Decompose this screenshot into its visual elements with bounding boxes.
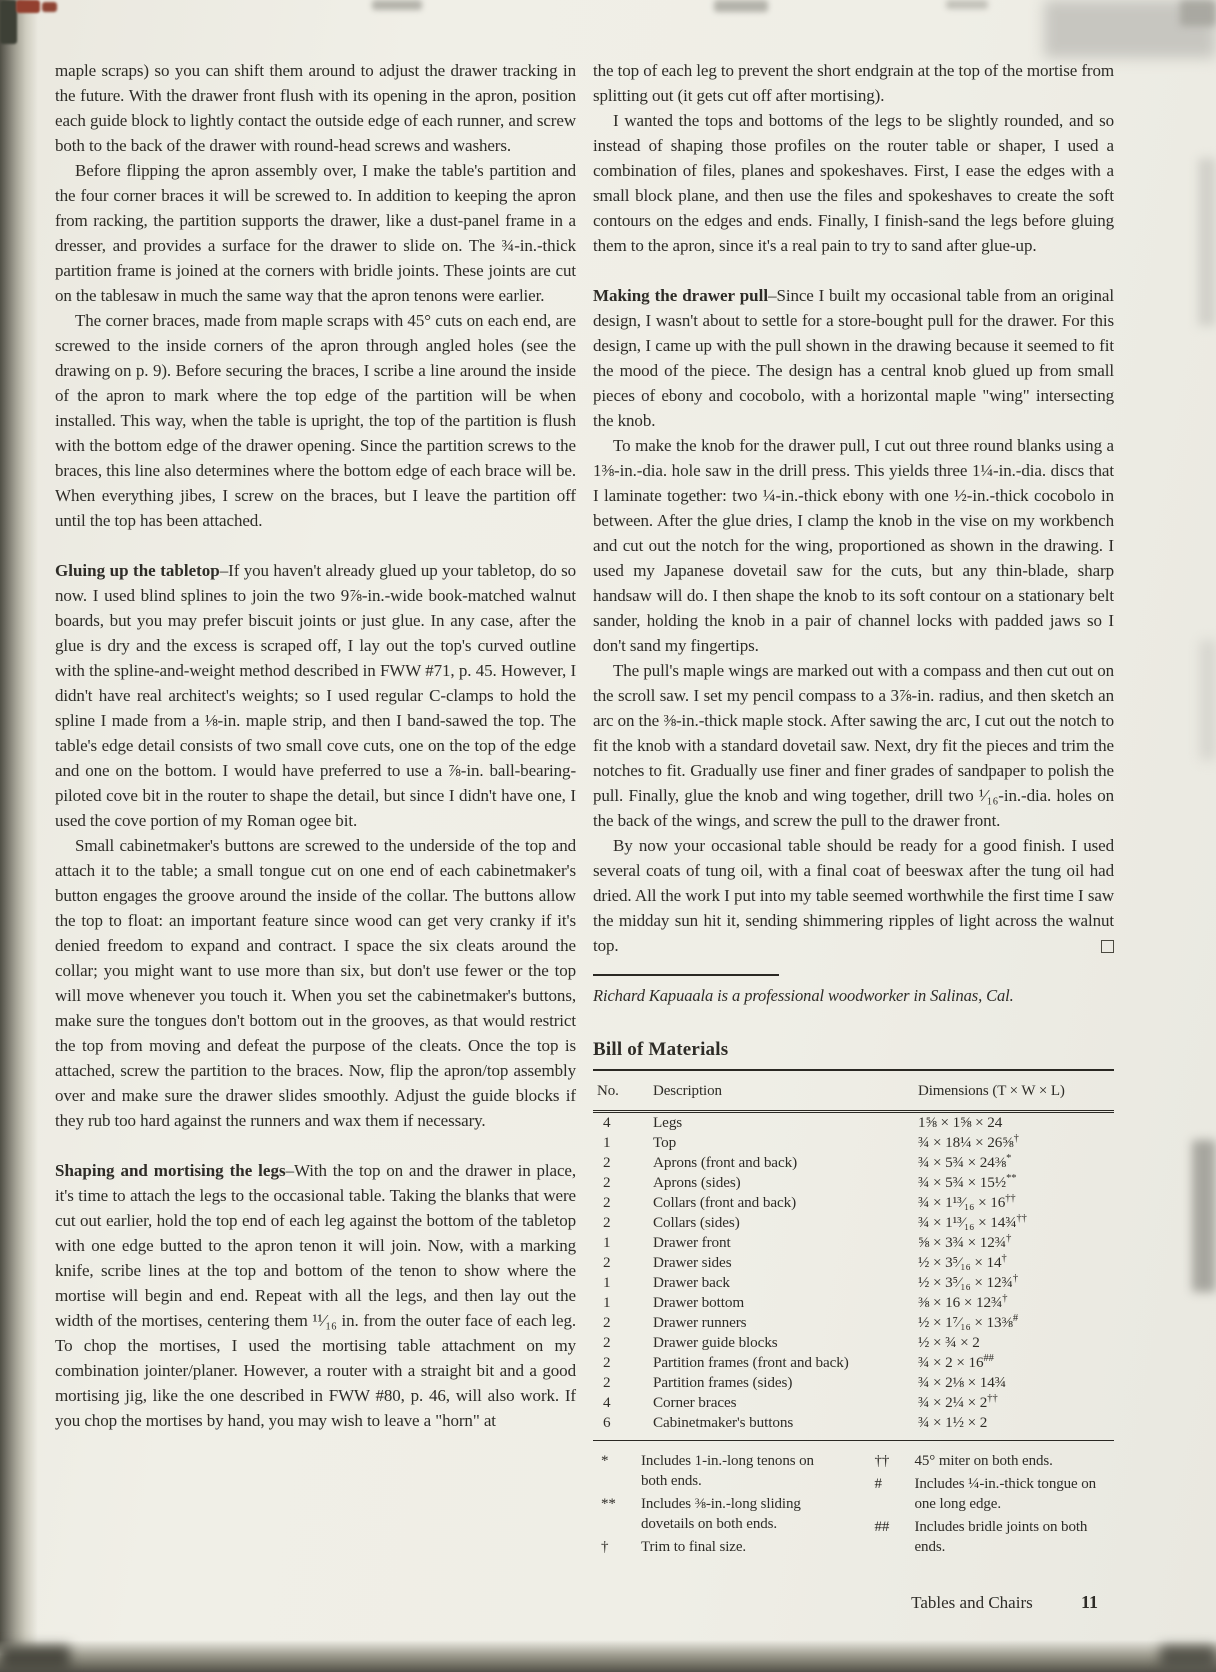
bom-footnote-mark: †	[1002, 1293, 1007, 1304]
footnote-symbol: **	[593, 1494, 641, 1534]
section-heading: Gluing up the tabletop	[55, 561, 220, 580]
bom-quantity: 2	[593, 1153, 653, 1173]
section-heading: Making the drawer pull	[593, 286, 768, 305]
page-footer: Tables and Chairs 11	[911, 1592, 1098, 1613]
bom-footnote-mark: ††	[1005, 1193, 1015, 1204]
footnote: † Trim to final size.	[593, 1537, 841, 1557]
bom-dimension-value: ½ × 3⁵⁄₁₆ × 14	[918, 1254, 1002, 1271]
paragraph-text: maple scraps) so you can shift them arou…	[55, 61, 576, 155]
bom-footnotes-right: †† 45° miter on both ends. # Includes ¼-…	[867, 1451, 1115, 1560]
bom-description: Drawer guide blocks	[653, 1333, 918, 1353]
paragraph-text: the top of each leg to prevent the short…	[593, 61, 1114, 105]
end-of-article-icon	[1101, 940, 1114, 953]
footnote-text: 45° miter on both ends.	[915, 1451, 1115, 1471]
bom-dimensions: ½ × ¾ × 2	[918, 1333, 1114, 1353]
bom-description: Aprons (sides)	[653, 1173, 918, 1193]
left-column: maple scraps) so you can shift them arou…	[55, 58, 576, 1433]
bom-header-row: No. Description Dimensions (T × W × L)	[593, 1071, 1114, 1112]
footnote: * Includes 1-in.-long tenons on both end…	[593, 1451, 841, 1491]
bom-quantity: 4	[593, 1393, 653, 1413]
bom-description: Partition frames (sides)	[653, 1373, 918, 1393]
paragraph: The corner braces, made from maple scrap…	[55, 308, 576, 533]
right-column-paragraphs: the top of each leg to prevent the short…	[593, 58, 1114, 958]
bom-description: Drawer bottom	[653, 1293, 918, 1313]
scan-smudge-right-5	[1192, 1140, 1216, 1292]
page-curl-shadow	[0, 1640, 1216, 1672]
bom-dimension-value: ½ × ¾ × 2	[918, 1334, 980, 1351]
paragraph: To make the knob for the drawer pull, I …	[593, 433, 1114, 658]
bom-dimensions: ¾ × 5¾ × 24⅜*	[918, 1153, 1114, 1173]
bom-dimensions: ⅝ × 3¾ × 12¾†	[918, 1233, 1114, 1253]
bom-footnote-mark: *	[1006, 1153, 1011, 1164]
bom-footnotes: * Includes 1-in.-long tenons on both end…	[593, 1451, 1114, 1560]
scan-smudge-right-1	[1044, 0, 1216, 58]
spine-shadow	[0, 0, 38, 1672]
section-heading: Shaping and mortising the legs	[55, 1161, 286, 1180]
right-column: the top of each leg to prevent the short…	[593, 58, 1114, 1560]
paragraph-text: Before flipping the apron assembly over,…	[55, 161, 576, 305]
footnote-symbol: #	[867, 1474, 915, 1514]
paragraph: By now your occasional table should be r…	[593, 833, 1114, 958]
bom-row: 1 Top ¾ × 18¼ × 26⅝†	[593, 1133, 1114, 1153]
bom-description: Partition frames (front and back)	[653, 1353, 918, 1373]
paragraph-text: Small cabinetmaker's buttons are screwed…	[55, 836, 576, 1130]
bom-description: Drawer sides	[653, 1253, 918, 1273]
bom-footnote-mark: ††	[987, 1393, 997, 1404]
bom-quantity: 2	[593, 1193, 653, 1213]
paragraph: The pull's maple wings are marked out wi…	[593, 658, 1114, 833]
bom-description: Top	[653, 1133, 918, 1153]
scan-mark-bottom-right	[1160, 1646, 1216, 1672]
bom-row: 2 Partition frames (sides) ¾ × 2⅛ × 14¾	[593, 1373, 1114, 1393]
footnote: ## Includes bridle joints on both ends.	[867, 1517, 1115, 1557]
bom-dimension-value: ¾ × 1¹³⁄₁₆ × 16	[918, 1194, 1005, 1211]
bom-row: 1 Drawer front ⅝ × 3¾ × 12¾†	[593, 1233, 1114, 1253]
paragraph-text: To make the knob for the drawer pull, I …	[593, 436, 1114, 655]
magazine-page: maple scraps) so you can shift them arou…	[0, 0, 1216, 1672]
footnote: †† 45° miter on both ends.	[867, 1451, 1115, 1471]
bom-dimension-value: ¾ × 5¾ × 15½	[918, 1174, 1006, 1191]
bom-dimensions: ½ × 3⁵⁄₁₆ × 14†	[918, 1253, 1114, 1273]
footnote-text: Includes 1-in.-long tenons on both ends.	[641, 1451, 841, 1491]
bom-quantity: 1	[593, 1233, 653, 1253]
paragraph: Before flipping the apron assembly over,…	[55, 158, 576, 308]
bom-quantity: 1	[593, 1293, 653, 1313]
bom-row: 2 Collars (sides) ¾ × 1¹³⁄₁₆ × 14¾††	[593, 1213, 1114, 1233]
bom-dimension-value: ¾ × 18¼ × 26⅝	[918, 1134, 1014, 1151]
bom-row: 4 Legs 1⅝ × 1⅝ × 24	[593, 1112, 1114, 1134]
bom-footnote-mark: ††	[1017, 1213, 1027, 1224]
bom-dimensions: ¾ × 2 × 16##	[918, 1353, 1114, 1373]
bom-dimension-value: ½ × 1⁷⁄₁₆ × 13⅜	[918, 1314, 1013, 1331]
paragraph: Shaping and mortising the legs–With the …	[55, 1158, 576, 1433]
bom-footnote-mark: †	[1006, 1233, 1011, 1244]
paragraph: Making the drawer pull–Since I built my …	[593, 283, 1114, 433]
footer-page-number: 11	[1081, 1592, 1098, 1612]
bom-footnote-mark: †	[1002, 1253, 1007, 1264]
paragraph-text: By now your occasional table should be r…	[593, 836, 1114, 955]
bom-quantity: 2	[593, 1313, 653, 1333]
paragraph: maple scraps) so you can shift them arou…	[55, 58, 576, 158]
bom-footnote-mark: #	[1013, 1313, 1018, 1324]
paragraph-text: –With the top on and the drawer in place…	[55, 1161, 576, 1430]
bom-row: 2 Drawer sides ½ × 3⁵⁄₁₆ × 14†	[593, 1253, 1114, 1273]
bom-quantity: 2	[593, 1173, 653, 1193]
footnote-symbol: ##	[867, 1517, 915, 1557]
bom-dimension-value: ¾ × 2 × 16	[918, 1354, 984, 1371]
bom-quantity: 2	[593, 1333, 653, 1353]
bom-footnotes-left: * Includes 1-in.-long tenons on both end…	[593, 1451, 841, 1560]
bom-quantity: 1	[593, 1273, 653, 1293]
bom-description: Collars (sides)	[653, 1213, 918, 1233]
bom-quantity: 2	[593, 1253, 653, 1273]
footnote-symbol: *	[593, 1451, 641, 1491]
bom-dimensions: 1⅝ × 1⅝ × 24	[918, 1112, 1114, 1134]
scan-smudge-top-2	[714, 0, 768, 12]
scan-smudge-top-1	[372, 0, 422, 10]
bom-row: 2 Drawer guide blocks ½ × ¾ × 2	[593, 1333, 1114, 1353]
paragraph-text: I wanted the tops and bottoms of the leg…	[593, 111, 1114, 255]
bom-dimension-value: ⅜ × 16 × 12¾	[918, 1294, 1002, 1311]
scan-smudge-top-3	[946, 0, 988, 9]
bom-dimension-value: ¾ × 1¹³⁄₁₆ × 14¾	[918, 1214, 1017, 1231]
paragraph: Gluing up the tabletop–If you haven't al…	[55, 558, 576, 833]
bom-row: 2 Aprons (front and back) ¾ × 5¾ × 24⅜*	[593, 1153, 1114, 1173]
scan-smudge-right-4	[1200, 640, 1216, 760]
bom-dimensions: ¾ × 2⅛ × 14¾	[918, 1373, 1114, 1393]
bom-dimensions: ½ × 1⁷⁄₁₆ × 13⅜#	[918, 1313, 1114, 1333]
bom-row: 6 Cabinetmaker's buttons ¾ × 1½ × 2	[593, 1413, 1114, 1441]
author-divider	[593, 974, 779, 976]
bill-of-materials: Bill of Materials No. Description Dimens…	[593, 1037, 1114, 1560]
paragraph: I wanted the tops and bottoms of the leg…	[593, 108, 1114, 258]
footnote-text: Includes ⅜-in.-long sliding dovetails on…	[641, 1494, 841, 1534]
bom-quantity: 4	[593, 1112, 653, 1134]
bom-dimension-value: ¾ × 2¼ × 2	[918, 1394, 987, 1411]
bom-description: Drawer front	[653, 1233, 918, 1253]
footnote: ** Includes ⅜-in.-long sliding dovetails…	[593, 1494, 841, 1534]
bom-description: Collars (front and back)	[653, 1193, 918, 1213]
bom-dimensions: ¾ × 1¹³⁄₁₆ × 16††	[918, 1193, 1114, 1213]
bom-dimensions: ¾ × 1½ × 2	[918, 1413, 1114, 1441]
bom-row: 2 Collars (front and back) ¾ × 1¹³⁄₁₆ × …	[593, 1193, 1114, 1213]
paragraph-text: The pull's maple wings are marked out wi…	[593, 661, 1114, 830]
scan-smudge-right-3	[1198, 158, 1216, 326]
bom-quantity: 2	[593, 1373, 653, 1393]
bom-footnote-mark: †	[1013, 1273, 1018, 1284]
paragraph: Small cabinetmaker's buttons are screwed…	[55, 833, 576, 1133]
scan-mark-dark-corner	[0, 0, 17, 44]
bom-dimensions: ¾ × 1¹³⁄₁₆ × 14¾††	[918, 1213, 1114, 1233]
bom-description: Drawer back	[653, 1273, 918, 1293]
bom-dimensions: ¾ × 18¼ × 26⅝†	[918, 1133, 1114, 1153]
bom-dimensions: ¾ × 5¾ × 15½**	[918, 1173, 1114, 1193]
author-bio: Richard Kapuaala is a professional woodw…	[593, 974, 1114, 1007]
paragraph-text: –Since I built my occasional table from …	[593, 286, 1114, 430]
bom-footnote-mark: †	[1014, 1133, 1019, 1144]
bom-dimensions: ⅜ × 16 × 12¾†	[918, 1293, 1114, 1313]
bom-header-dimensions: Dimensions (T × W × L)	[918, 1071, 1114, 1112]
bom-quantity: 6	[593, 1413, 653, 1441]
scan-mark-red-2	[42, 2, 57, 12]
scan-mark-red-1	[16, 0, 40, 13]
bom-description: Aprons (front and back)	[653, 1153, 918, 1173]
bom-row: 4 Corner braces ¾ × 2¼ × 2††	[593, 1393, 1114, 1413]
footer-section-title: Tables and Chairs	[911, 1593, 1033, 1612]
paragraph-text: –If you haven't already glued up your ta…	[55, 561, 576, 830]
bom-dimension-value: 1⅝ × 1⅝ × 24	[918, 1114, 1002, 1131]
bom-quantity: 2	[593, 1353, 653, 1373]
footnote-text: Includes bridle joints on both ends.	[915, 1517, 1115, 1557]
footnote-symbol: ††	[867, 1451, 915, 1471]
bom-quantity: 1	[593, 1133, 653, 1153]
footnote: # Includes ¼-in.-thick tongue on one lon…	[867, 1474, 1115, 1514]
bom-description: Drawer runners	[653, 1313, 918, 1333]
bom-description: Legs	[653, 1112, 918, 1134]
bom-footnote-mark: ##	[984, 1353, 994, 1364]
bom-dimensions: ¾ × 2¼ × 2††	[918, 1393, 1114, 1413]
bom-description: Corner braces	[653, 1393, 918, 1413]
bom-header-no: No.	[593, 1071, 653, 1112]
bill-of-materials-table: No. Description Dimensions (T × W × L) 4…	[593, 1071, 1114, 1441]
bom-dimension-value: ⅝ × 3¾ × 12¾	[918, 1234, 1006, 1251]
bom-row: 1 Drawer back ½ × 3⁵⁄₁₆ × 12¾†	[593, 1273, 1114, 1293]
bom-row: 2 Drawer runners ½ × 1⁷⁄₁₆ × 13⅜#	[593, 1313, 1114, 1333]
bom-quantity: 2	[593, 1213, 653, 1233]
bom-dimension-value: ¾ × 1½ × 2	[918, 1414, 987, 1431]
footnote-text: Includes ¼-in.-thick tongue on one long …	[915, 1474, 1115, 1514]
bom-row: 2 Partition frames (front and back) ¾ × …	[593, 1353, 1114, 1373]
scan-mark-bottom-left	[0, 1646, 70, 1672]
bom-dimension-value: ½ × 3⁵⁄₁₆ × 12¾	[918, 1274, 1013, 1291]
bom-dimension-value: ¾ × 5¾ × 24⅜	[918, 1154, 1006, 1171]
bom-row: 2 Aprons (sides) ¾ × 5¾ × 15½**	[593, 1173, 1114, 1193]
bom-row: 1 Drawer bottom ⅜ × 16 × 12¾†	[593, 1293, 1114, 1313]
bom-footnote-mark: **	[1006, 1173, 1016, 1184]
bom-dimension-value: ¾ × 2⅛ × 14¾	[918, 1374, 1006, 1391]
bom-dimensions: ½ × 3⁵⁄₁₆ × 12¾†	[918, 1273, 1114, 1293]
paragraph-text: The corner braces, made from maple scrap…	[55, 311, 576, 530]
scan-smudge-right-2	[1180, 0, 1216, 26]
bom-header-description: Description	[653, 1071, 918, 1112]
bill-of-materials-title: Bill of Materials	[593, 1037, 1114, 1071]
footnote-text: Trim to final size.	[641, 1537, 841, 1557]
author-line: Richard Kapuaala is a professional woodw…	[593, 985, 1114, 1007]
footnote-symbol: †	[593, 1537, 641, 1557]
paragraph: the top of each leg to prevent the short…	[593, 58, 1114, 108]
bom-description: Cabinetmaker's buttons	[653, 1413, 918, 1441]
